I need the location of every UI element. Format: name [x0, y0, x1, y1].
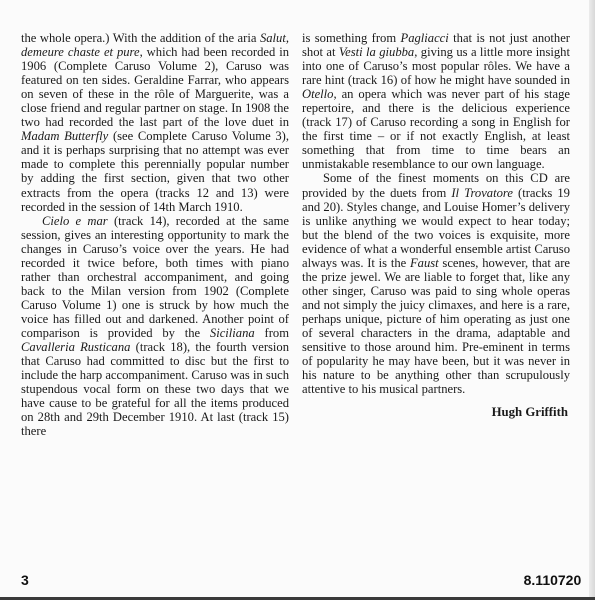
italic-title: Cielo e mar [42, 214, 108, 228]
text-run: , an opera which was never part of his s… [302, 87, 570, 171]
author-signature: Hugh Griffith [302, 405, 570, 419]
italic-title: Madam Butterfly [21, 129, 108, 143]
left-column: the whole opera.) With the addition of t… [21, 31, 289, 438]
text-run: from [255, 326, 289, 340]
paragraph: is something from Pagliacci that is not … [302, 31, 570, 171]
text-run: scenes, however, that are the prize jewe… [302, 256, 570, 396]
italic-title: Il Trovatore [451, 186, 513, 200]
text-run: (track 18), the fourth version that Caru… [21, 340, 289, 438]
page-edge-shadow [589, 0, 595, 600]
text-run: (track 14), recorded at the same session… [21, 214, 289, 340]
paragraph: Cielo e mar (track 14), recorded at the … [21, 214, 289, 439]
text-run: the whole opera.) With the addition of t… [21, 31, 260, 45]
catalog-number: 8.110720 [524, 572, 582, 588]
right-column: is something from Pagliacci that is not … [302, 31, 570, 419]
text-run: is something from [302, 31, 401, 45]
booklet-page: the whole opera.) With the addition of t… [0, 0, 595, 600]
page-number: 3 [21, 572, 29, 588]
italic-title: Cavalleria Rusticana [21, 340, 130, 354]
italic-title: Faust [410, 256, 439, 270]
italic-title: Vesti la giubba [339, 45, 414, 59]
italic-title: Pagliacci [401, 31, 449, 45]
italic-title: Siciliana [210, 326, 255, 340]
paragraph: the whole opera.) With the addition of t… [21, 31, 289, 214]
paragraph: Some of the finest moments on this CD ar… [302, 171, 570, 396]
italic-title: Otello [302, 87, 333, 101]
